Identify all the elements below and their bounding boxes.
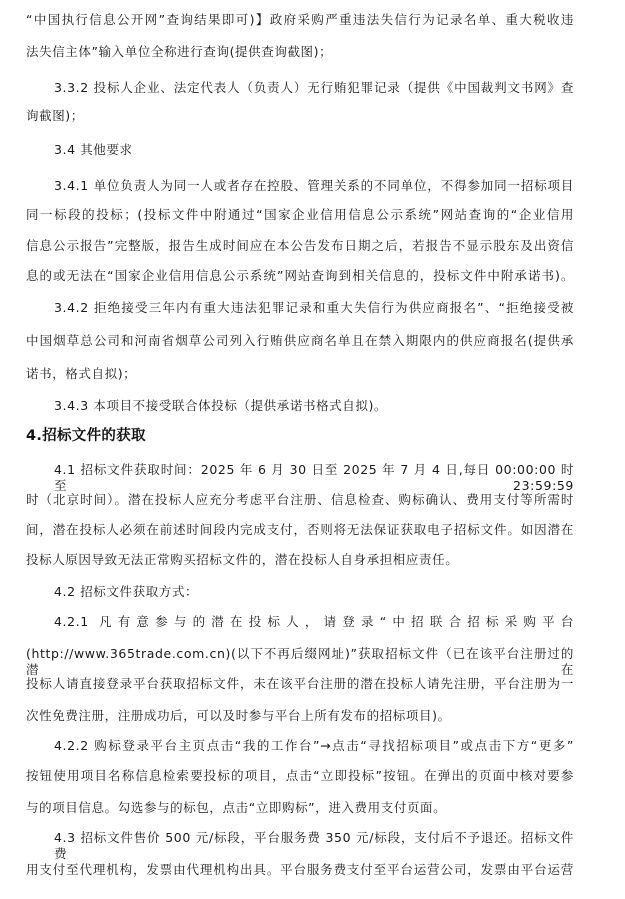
paragraph-line: 诺书，格式自拟)；	[26, 366, 574, 382]
paragraph-line: 4.2.1 凡有意参与的潜在投标人，请登录“中招联合招标采购平台	[26, 614, 574, 630]
paragraph-line: 询截图)；	[26, 108, 574, 124]
paragraph-line: 间，潜在投标人必须在前述时间段内完成支付，否则将无法保证获取电子招标文件。如因潜…	[26, 522, 574, 538]
paragraph-line: 息的或无法在“国家企业信用信息公示系统”网站查询到相关信息的，投标文件中附承诺书…	[26, 268, 574, 284]
paragraph-line: 次性免费注册，注册成功后，可以及时参与平台上所有发布的招标项目)。	[26, 708, 574, 724]
subsection-title: 3.4 其他要求	[26, 142, 574, 158]
section-heading: 4.招标文件的获取	[26, 428, 574, 444]
paragraph-line: 与的项目信息。勾选参与的标包，点击“立即购标”，进入费用支付页面。	[26, 800, 574, 816]
paragraph-line: “中国执行信息公开网”查询结果即可)】政府采购严重违法失信行为记录名单、重大税收…	[26, 12, 574, 28]
paragraph-line: 同一标段的投标；(投标文件中附通过“国家企业信用信息公示系统”网站查询的“企业信…	[26, 207, 574, 223]
paragraph-line: 法失信主体”输入单位全称进行查询(提供查询截图)；	[26, 44, 574, 60]
paragraph-line: 时（北京时间）。潜在投标人应充分考虑平台注册、信息检查、购标确认、费用支付等所需…	[26, 492, 574, 508]
paragraph-line: 3.3.2 投标人企业、法定代表人（负责人）无行贿犯罪记录（提供《中国裁判文书网…	[26, 80, 574, 96]
paragraph-line: 投标人原因导致无法正常购买招标文件的，潜在投标人自身承担相应责任。	[26, 552, 574, 568]
paragraph-line: 3.4.2 拒绝接受三年内有重大违法犯罪记录和重大失信行为供应商报名”、“拒绝接…	[26, 300, 574, 316]
paragraph-line: 3.4.3 本项目不接受联合体投标（提供承诺书格式自拟)。	[26, 398, 574, 414]
paragraph-line: 中国烟草总公司和河南省烟草公司列入行贿供应商名单且在禁入期限内的供应商报名(提供…	[26, 333, 574, 349]
paragraph-line: 4.1 招标文件获取时间：2025 年 6 月 30 日至 2025 年 7 月…	[26, 462, 574, 494]
subsection-title: 4.2 招标文件获取方式：	[26, 584, 574, 600]
paragraph-line: 用支付至代理机构，发票由代理机构出具。平台服务费支付至平台运营公司，发票由平台运…	[26, 862, 574, 878]
paragraph-line: 4.2.2 购标登录平台主页点击“我的工作台”→点击“寻找招标项目”或点击下方“…	[26, 738, 574, 754]
paragraph-line: 信息公示报告”完整版，报告生成时间应在本公告发布日期之后，若报告不显示股东及出资…	[26, 238, 574, 254]
paragraph-line: 4.3 招标文件售价 500 元/标段，平台服务费 350 元/标段，支付后不予…	[26, 830, 574, 862]
paragraph-line: 投标人请直接登录平台获取招标文件，未在该平台注册的潜在投标人请先注册，平台注册为…	[26, 676, 574, 692]
paragraph-line: 3.4.1 单位负责人为同一人或者存在控股、管理关系的不同单位，不得参加同一招标…	[26, 178, 574, 194]
paragraph-line: (http://www.365trade.com.cn)(以下不再后缀网址)”获…	[26, 646, 574, 678]
paragraph-line: 按钮使用项目名称信息检索要投标的项目，点击“立即投标”按钮。在弹出的页面中核对要…	[26, 768, 574, 784]
